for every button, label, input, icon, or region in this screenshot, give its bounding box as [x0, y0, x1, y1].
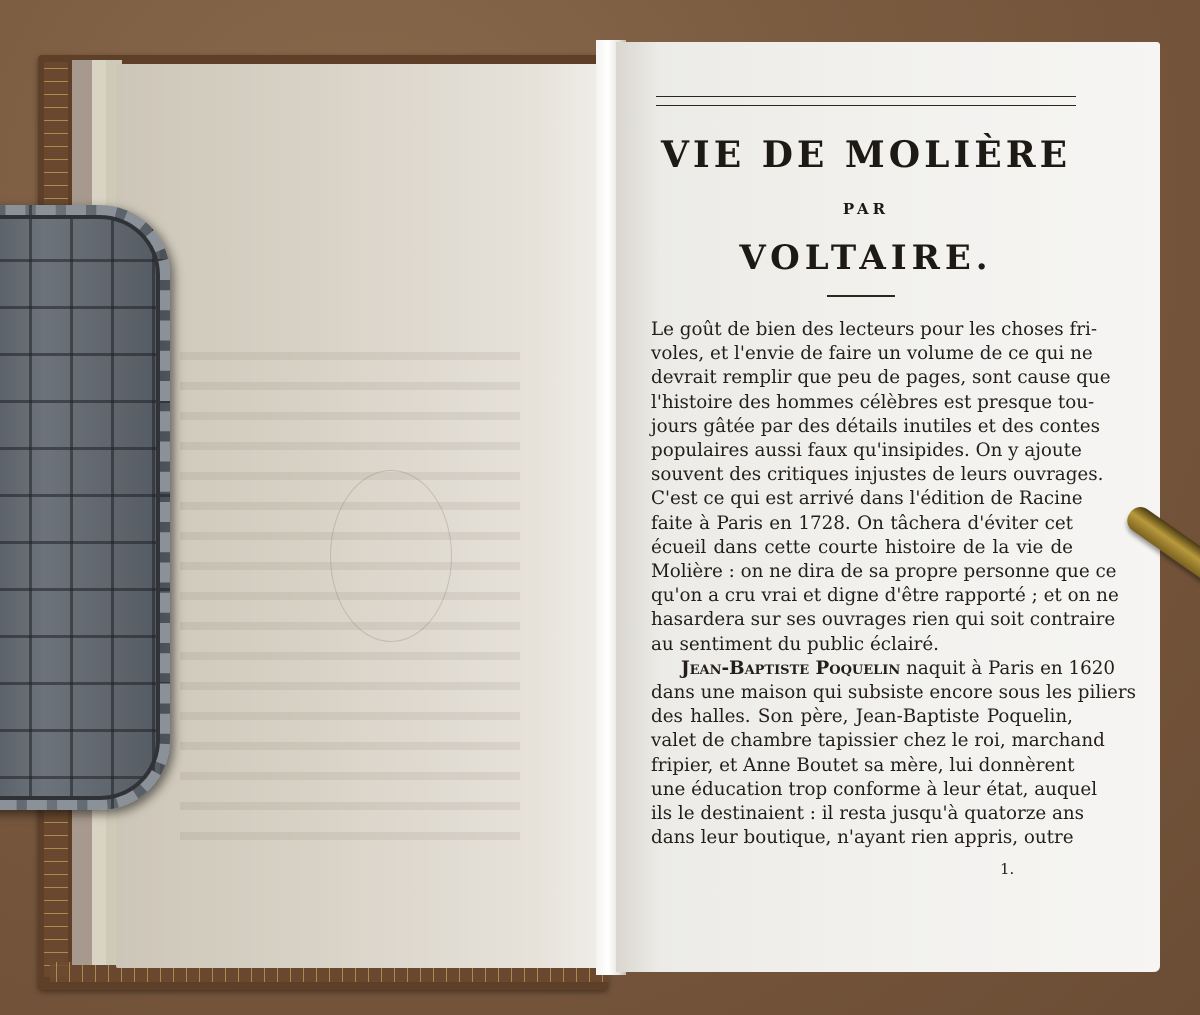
text-line: Jean-Baptiste Poquelin naquit à Paris en…	[651, 657, 1073, 681]
text-line: l'histoire des hommes célèbres est presq…	[651, 391, 1073, 415]
show-through-vignette	[330, 470, 452, 642]
pewter-paperweight	[0, 205, 170, 810]
body-text: Le goût de bien des lecteurs pour les ch…	[651, 318, 1073, 850]
text-line: fripier, et Anne Boutet sa mère, lui don…	[651, 754, 1073, 778]
text-line: faite à Paris en 1728. On tâchera d'évit…	[651, 512, 1073, 536]
title-separator-rule	[827, 295, 895, 297]
text-line: ils le destinaient : il resta jusqu'à qu…	[651, 802, 1073, 826]
text-line: une éducation trop conforme à leur état,…	[651, 778, 1073, 802]
text-line: Molière : on ne dira de sa propre person…	[651, 560, 1073, 584]
page-number: 1.	[1000, 860, 1014, 878]
text-line: Le goût de bien des lecteurs pour les ch…	[651, 318, 1073, 342]
author-name: VOLTAIRE.	[646, 238, 1086, 278]
text-line: C'est ce qui est arrivé dans l'édition d…	[651, 487, 1073, 511]
chapter-title: VIE DE MOLIÈRE	[646, 134, 1086, 176]
text-line: dans une maison qui subsiste encore sous…	[651, 681, 1073, 705]
text-line: dans leur boutique, n'ayant rien appris,…	[651, 826, 1073, 850]
text-line: jours gâtée par des détails inutiles et …	[651, 415, 1073, 439]
header-double-rule	[656, 96, 1076, 106]
text-line: au sentiment du public éclairé.	[651, 633, 1073, 657]
lead-rest: naquit à Paris en 1620	[900, 658, 1115, 679]
text-line: qu'on a cru vrai et digne d'être rapport…	[651, 584, 1073, 608]
text-line: hasardera sur ses ouvrages rien qui soit…	[651, 608, 1073, 632]
text-line: voles, et l'envie de faire un volume de …	[651, 342, 1073, 366]
title-by: PAR	[646, 200, 1086, 218]
text-line: devrait remplir que peu de pages, sont c…	[651, 366, 1073, 390]
text-line: valet de chambre tapissier chez le roi, …	[651, 729, 1073, 753]
text-line: écueil dans cette courte histoire de la …	[651, 536, 1073, 560]
book-photo-scene: VIE DE MOLIÈRE PAR VOLTAIRE. Le goût de …	[0, 0, 1200, 1015]
text-line: populaires aussi faux qu'insipides. On y…	[651, 439, 1073, 463]
text-line: des halles. Son père, Jean-Baptiste Poqu…	[651, 705, 1073, 729]
lead-name: Jean-Baptiste Poquelin	[681, 658, 900, 679]
text-line: souvent des critiques injustes de leurs …	[651, 463, 1073, 487]
